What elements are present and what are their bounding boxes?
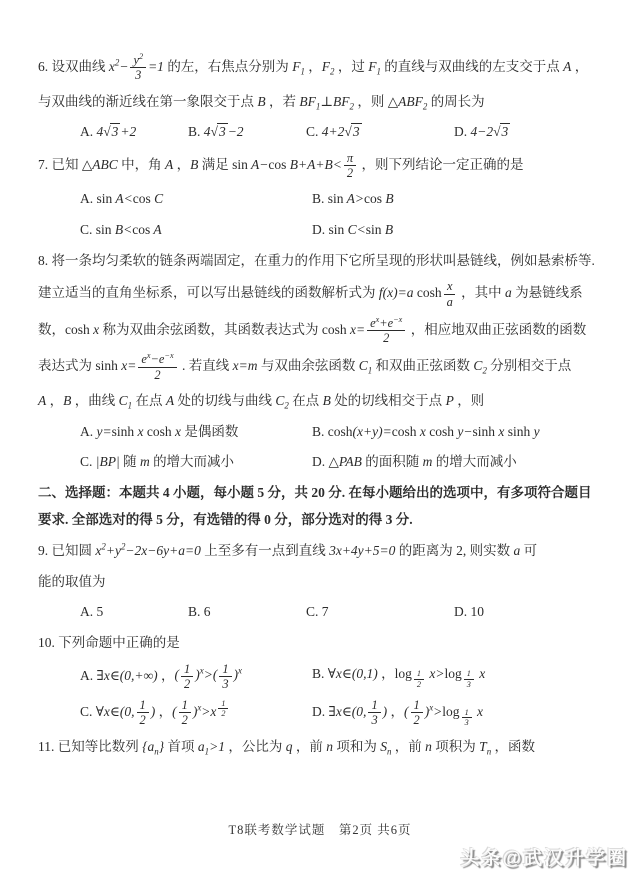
option: C. 7 <box>306 600 454 624</box>
option: B. ∀x∈(0,1) ，log12 x>log13 x <box>312 662 614 692</box>
q10-options-ab: A. ∃x∈(0,+∞) ，(12)x>(13)xB. ∀x∈(0,1) ，lo… <box>38 662 614 692</box>
q8-options-cd: C. |BP| 随 m 的增大而减小D. △PAB 的面积随 m 的增大而减小 <box>38 450 614 474</box>
section2-line1: 二、选择题：本题共 4 小题，每小题 5 分，共 20 分. 在每小题给出的选项… <box>38 481 614 505</box>
option: B. 6 <box>188 600 306 624</box>
section2-line2: 要求. 全部选对的得 5 分，有选错的得 0 分，部分选对的得 3 分. <box>38 508 614 532</box>
q6-line2: 与双曲线的渐近线在第一象限交于点 B ，若 BF1⊥BF2 ，则 △ABF2 的… <box>38 90 614 114</box>
option: A. 4√3+2 <box>80 120 188 144</box>
option: C. |BP| 随 m 的增大而减小 <box>80 450 312 474</box>
option: D. ∃x∈(0,13) ，(12)x>log13 x <box>312 698 614 728</box>
q6-options: A. 4√3+2B. 4√3−2C. 4+2√3D. 4−2√3 <box>38 120 614 144</box>
q8-options-ab: A. y=sinh x cosh x 是偶函数B. cosh(x+y)=cosh… <box>38 420 614 444</box>
q7-options-ab: A. sin A<cos CB. sin A>cos B <box>38 187 614 211</box>
option: A. sin A<cos C <box>80 187 312 211</box>
option: D. 4−2√3 <box>454 120 614 144</box>
q8-line5: A ，B ，曲线 C1 在点 A 处的切线与曲线 C2 在点 B 处的切线相交于… <box>38 389 614 413</box>
q8-line3: 数，cosh x 称为双曲余弦函数，其函数表达式为 cosh x=ex+e−x2… <box>38 316 614 346</box>
option: D. sin C<sin B <box>312 218 614 242</box>
q9-options: A. 5B. 6C. 7D. 10 <box>38 600 614 624</box>
q8-line2: 建立适当的直角坐标系，可以写出悬链线的函数解析式为 f(x)=a coshxa … <box>38 279 614 309</box>
q10-options-cd: C. ∀x∈(0,12) ，(12)x>x12D. ∃x∈(0,13) ，(12… <box>38 698 614 728</box>
q10-line1: 10. 下列命题中正确的是 <box>38 631 614 655</box>
watermark: 头条@武汉升学圈 <box>460 843 628 870</box>
option: D. △PAB 的面积随 m 的增大而减小 <box>312 450 614 474</box>
option: B. sin A>cos B <box>312 187 614 211</box>
option: C. ∀x∈(0,12) ，(12)x>x12 <box>80 698 312 728</box>
q7-options-cd: C. sin B<cos AD. sin C<sin B <box>38 218 614 242</box>
option: A. 5 <box>80 600 188 624</box>
page-footer: T8联考数学试题 第2页 共6页 <box>0 820 640 838</box>
q8-line4: 表达式为 sinh x=ex−e−x2 . 若直线 x=m 与双曲余弦函数 C1… <box>38 352 614 382</box>
q7-line1: 7. 已知 △ABC 中，角 A ，B 满足 sin A−cos B+A+B<π… <box>38 151 614 181</box>
option: C. sin B<cos A <box>80 218 312 242</box>
exam-paper: 6. 设双曲线 x2−y23=1 的左，右焦点分别为 F1 ，F2 ，过 F1 … <box>0 0 640 876</box>
q11-line1: 11. 已知等比数列 {an} 首项 a1>1 ，公比为 q ，前 n 项和为 … <box>38 735 614 759</box>
option: C. 4+2√3 <box>306 120 454 144</box>
q9-line2: 能的取值为 <box>38 570 614 594</box>
option: B. cosh(x+y)=cosh x cosh y−sinh x sinh y <box>312 420 614 444</box>
option: D. 10 <box>454 600 614 624</box>
option: A. ∃x∈(0,+∞) ，(12)x>(13)x <box>80 662 312 692</box>
option: B. 4√3−2 <box>188 120 306 144</box>
option: A. y=sinh x cosh x 是偶函数 <box>80 420 312 444</box>
q9-line1: 9. 已知圆 x2+y2−2x−6y+a=0 上至多有一点到直线 3x+4y+5… <box>38 539 614 563</box>
exam-content: 6. 设双曲线 x2−y23=1 的左，右焦点分别为 F1 ，F2 ，过 F1 … <box>38 53 614 758</box>
q6-line1: 6. 设双曲线 x2−y23=1 的左，右焦点分别为 F1 ，F2 ，过 F1 … <box>38 53 614 83</box>
q8-line1: 8. 将一条均匀柔软的链条两端固定，在重力的作用下它所呈现的形状叫悬链线，例如悬… <box>38 249 614 273</box>
